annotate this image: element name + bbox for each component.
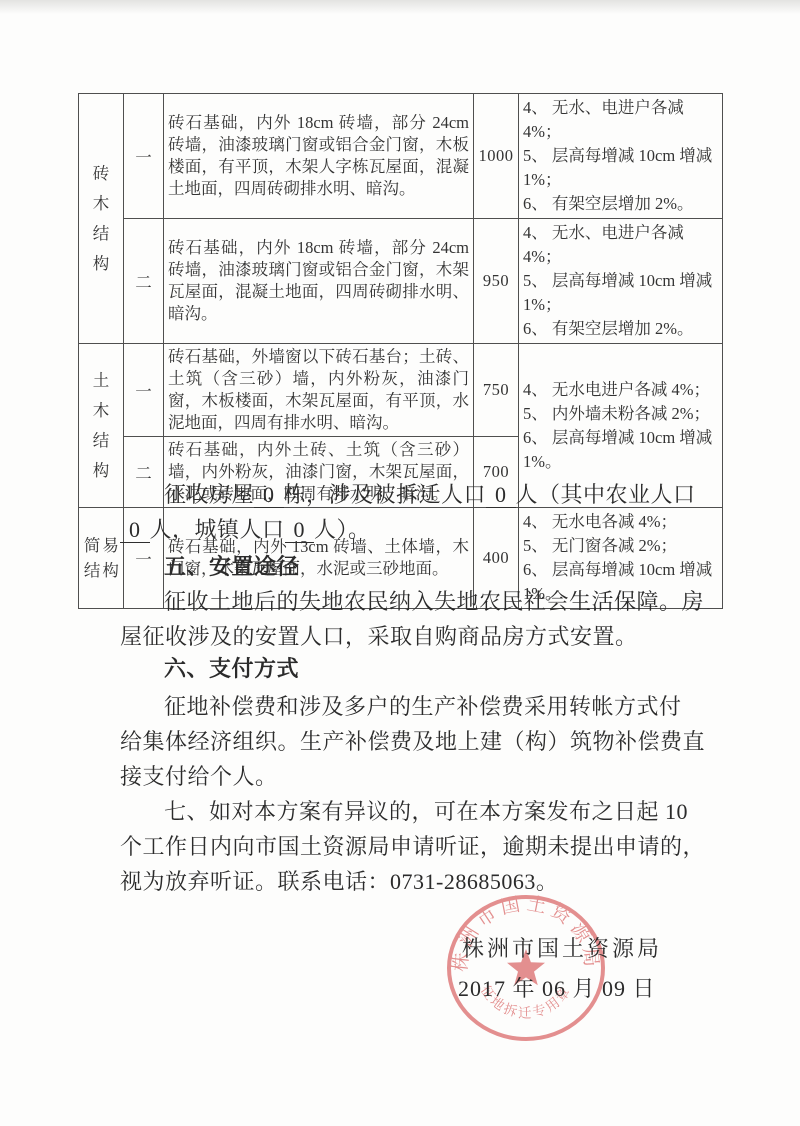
underlined-value: 0	[120, 517, 150, 543]
text-segment: 人，城镇人口	[150, 517, 285, 542]
paragraph-housing-stats: 征收房屋0栋，涉及被拆迁人口0人（其中农业人口 0人，城镇人口0人）。	[120, 477, 726, 547]
description-cell: 砖石基础，内外 18cm 砖墙，部分 24cm 砖墙，油漆玻璃门窗或铝合金门窗，…	[164, 219, 474, 344]
section-heading-resettlement: 五、安置途径	[120, 549, 726, 584]
scanned-document-page: 砖木结构 一 砖石基础，内外 18cm 砖墙，部分 24cm 砖墙，油漆玻璃门窗…	[0, 0, 800, 1126]
structure-label: 砖木结构	[92, 159, 111, 279]
grade-cell: 一	[124, 94, 164, 219]
grade-cell: 一	[124, 344, 164, 437]
table-row: 土木结构 一 砖石基础，外墙窗以下砖石基台；土砖、土筑（含三砂）墙，内外粉灰，油…	[79, 344, 723, 437]
structure-label: 简易结构	[83, 533, 122, 583]
paragraph-objection-hearing: 七、如对本方案有异议的，可在本方案发布之日起 10 个工作日内向市国土资源局申请…	[120, 794, 726, 899]
price-cell: 1000	[474, 94, 519, 219]
underlined-value: 0	[254, 482, 284, 508]
table-row: 二 砖石基础，内外 18cm 砖墙，部分 24cm 砖墙，油漆玻璃门窗或铝合金门…	[79, 219, 723, 344]
structure-label: 土木结构	[92, 366, 111, 486]
structure-type-earth-wood: 土木结构	[79, 344, 124, 508]
price-cell: 750	[474, 344, 519, 437]
adjustment-notes-cell: 4、 无水、电进户各减 4%； 5、 层高每增减 10cm 增减 1%； 6、 …	[519, 94, 723, 219]
paragraph-resettlement: 征收土地后的失地农民纳入失地农民社会生活保障。房 屋征收涉及的安置人口，采取自购…	[120, 584, 726, 654]
price-cell: 950	[474, 219, 519, 344]
official-seal: 株洲市国土资源局 征地拆迁专用章	[444, 894, 608, 1044]
adjustment-notes-cell: 4、 无水、电进户各减 4%； 5、 层高每增减 10cm 增减 1%； 6、 …	[519, 219, 723, 344]
text-segment: 栋，涉及被拆迁人口	[284, 482, 487, 507]
signature-organization: 株洲市国土资源局	[462, 932, 662, 963]
text-segment: 人（其中农业人口	[516, 482, 696, 507]
table-row: 砖木结构 一 砖石基础，内外 18cm 砖墙，部分 24cm 砖墙，油漆玻璃门窗…	[79, 94, 723, 219]
structure-type-simple: 简易结构	[79, 508, 124, 609]
section-heading-payment: 六、支付方式	[120, 651, 726, 686]
underlined-value: 0	[486, 482, 516, 508]
description-cell: 砖石基础，外墙窗以下砖石基台；土砖、土筑（含三砂）墙，内外粉灰，油漆门窗，木板楼…	[164, 344, 474, 437]
grade-cell: 二	[124, 219, 164, 344]
paragraph-payment: 征地补偿费和涉及多户的生产补偿费采用转帐方式付 给集体经济组织。生产补偿费及地上…	[120, 689, 726, 794]
structure-type-brick-wood: 砖木结构	[79, 94, 124, 344]
signature-date: 2017 年 06 月 09 日	[458, 972, 656, 1003]
description-cell: 砖石基础，内外 18cm 砖墙，部分 24cm 砖墙，油漆玻璃门窗或铝合金门窗，…	[164, 94, 474, 219]
text-segment: 征收房屋	[164, 482, 254, 507]
underlined-value: 0	[285, 517, 315, 543]
text-segment: 人）。	[314, 517, 371, 542]
